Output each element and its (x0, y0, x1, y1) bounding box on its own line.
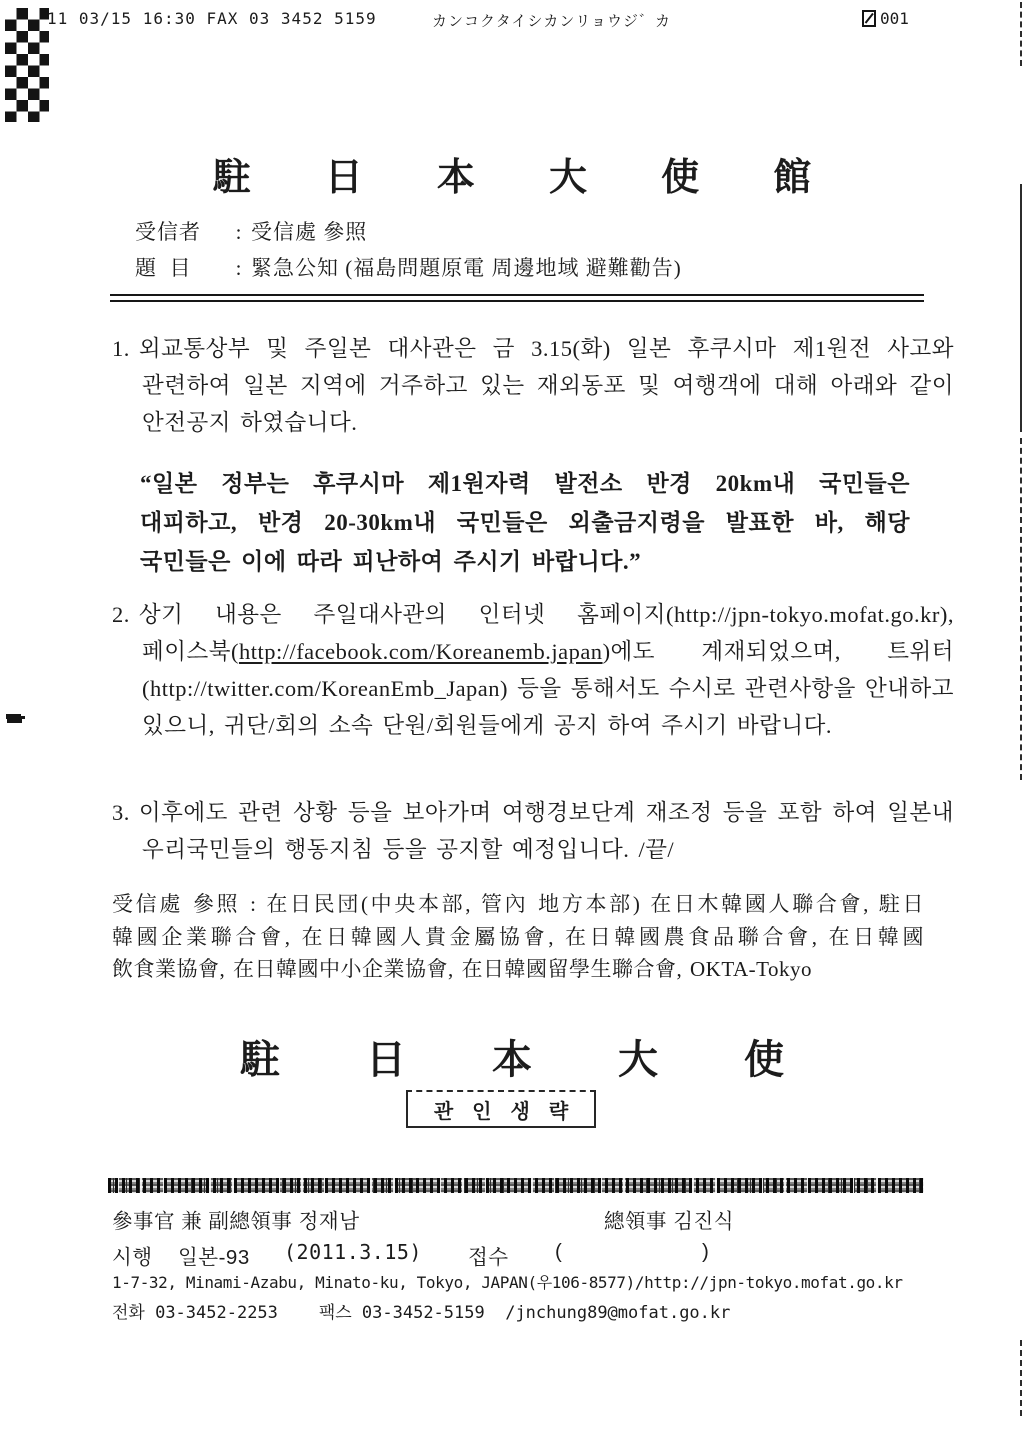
paragraph-3-text: 이후에도 관련 상황 등을 보아가며 여행경보단계 재조정 등을 포함 하여 일… (139, 800, 954, 862)
subject-value: 緊急公知 (福島問題原電 周邊地域 避難勸告) (251, 256, 682, 280)
fax-sender-id: カンコクタイシカンリョウジ゛カ (432, 10, 671, 31)
fax-page-counter: 001 (862, 9, 909, 28)
paragraph-3: 3.이후에도 관련 상황 등을 보아가며 여행경보단계 재조정 등을 포함 하여… (112, 794, 954, 868)
issue-number: 일본-93 (178, 1240, 250, 1270)
scan-edge-mark (1020, 438, 1022, 780)
scan-smudge-artifact (7, 718, 22, 723)
scan-edge-mark (1020, 1340, 1022, 1416)
fax-page-icon (862, 10, 877, 27)
paragraph-1-number: 1. (112, 336, 130, 361)
subject-label: 題 目 (135, 252, 227, 282)
paragraph-1-text: 외교통상부 및 주일본 대사관은 금 3.15(화) 일본 후쿠시마 제1원전 … (139, 336, 954, 435)
recipient-row: 受信者:受信處 參照 (135, 216, 367, 246)
footer-issue-row: 시행 일본-93 (2011.3.15) 접수 ( ) (112, 1240, 924, 1268)
recipient-label: 受信者 (135, 216, 227, 246)
subject-row: 題 目:緊急公知 (福島問題原電 周邊地域 避難勸告) (135, 252, 682, 282)
issue-label: 시행 (112, 1240, 153, 1270)
document-title: 駐 日 本 大 使 館 (0, 146, 1024, 201)
consul-left-name: 參事官 兼 副總領事 정재남 (112, 1210, 360, 1233)
paragraph-3-number: 3. (112, 800, 130, 825)
footer-phone-fax-line: 전화 03-3452-2253 팩스 03-3452-5159 /jnchung… (112, 1298, 924, 1326)
recipient-separator: : (227, 220, 251, 245)
fax-header: 11 03/15 16:30 FAX 03 3452 5159 カンコクタイシカ… (0, 9, 1024, 31)
fax-timestamp-and-number: 11 03/15 16:30 FAX 03 3452 5159 (47, 9, 377, 28)
scan-edge-mark (1020, 184, 1022, 432)
paragraph-2-number: 2. (112, 602, 130, 627)
facebook-url: http://facebook.com/Koreanemb.japan (239, 639, 603, 664)
government-notice-quote: “일본 정부는 후쿠시마 제1원자력 발전소 반경 20km내 국민들은 대피하… (140, 464, 910, 581)
subject-separator: : (227, 256, 251, 281)
scan-noise-band (108, 1178, 924, 1193)
receipt-paren-close: ) (702, 1240, 709, 1264)
footer-address-line: 1-7-32, Minami-Azabu, Minato-ku, Tokyo, … (112, 1270, 924, 1298)
footer-officers-row: 參事官 兼 副總領事 정재남 總領事 김진식 (112, 1204, 924, 1232)
scanned-fax-page: 11 03/15 16:30 FAX 03 3452 5159 カンコクタイシカ… (0, 0, 1024, 1446)
paragraph-1: 1.외교통상부 및 주일본 대사관은 금 3.15(화) 일본 후쿠시마 제1원… (112, 330, 954, 441)
header-divider-rule (110, 294, 924, 302)
seal-omitted-box: 관 인 생 략 (406, 1090, 596, 1128)
recipient-value: 受信處 參照 (251, 220, 367, 244)
issue-date: (2011.3.15) (284, 1240, 422, 1264)
fax-page-number: 001 (880, 9, 909, 28)
receipt-label: 접수 (468, 1240, 509, 1270)
receipt-paren-open: ( (555, 1240, 562, 1264)
recipient-distribution-list: 受信處 參照 : 在日民団(中央本部, 管內 地方本部) 在日木韓國人聯合會, … (112, 888, 924, 986)
signature-title: 駐 日 本 大 使 (0, 1028, 1024, 1085)
consul-general-name: 總領事 김진식 (604, 1204, 734, 1234)
paragraph-2: 2.상기 내용은 주일대사관의 인터넷 홈페이지(http://jpn-toky… (112, 596, 954, 744)
